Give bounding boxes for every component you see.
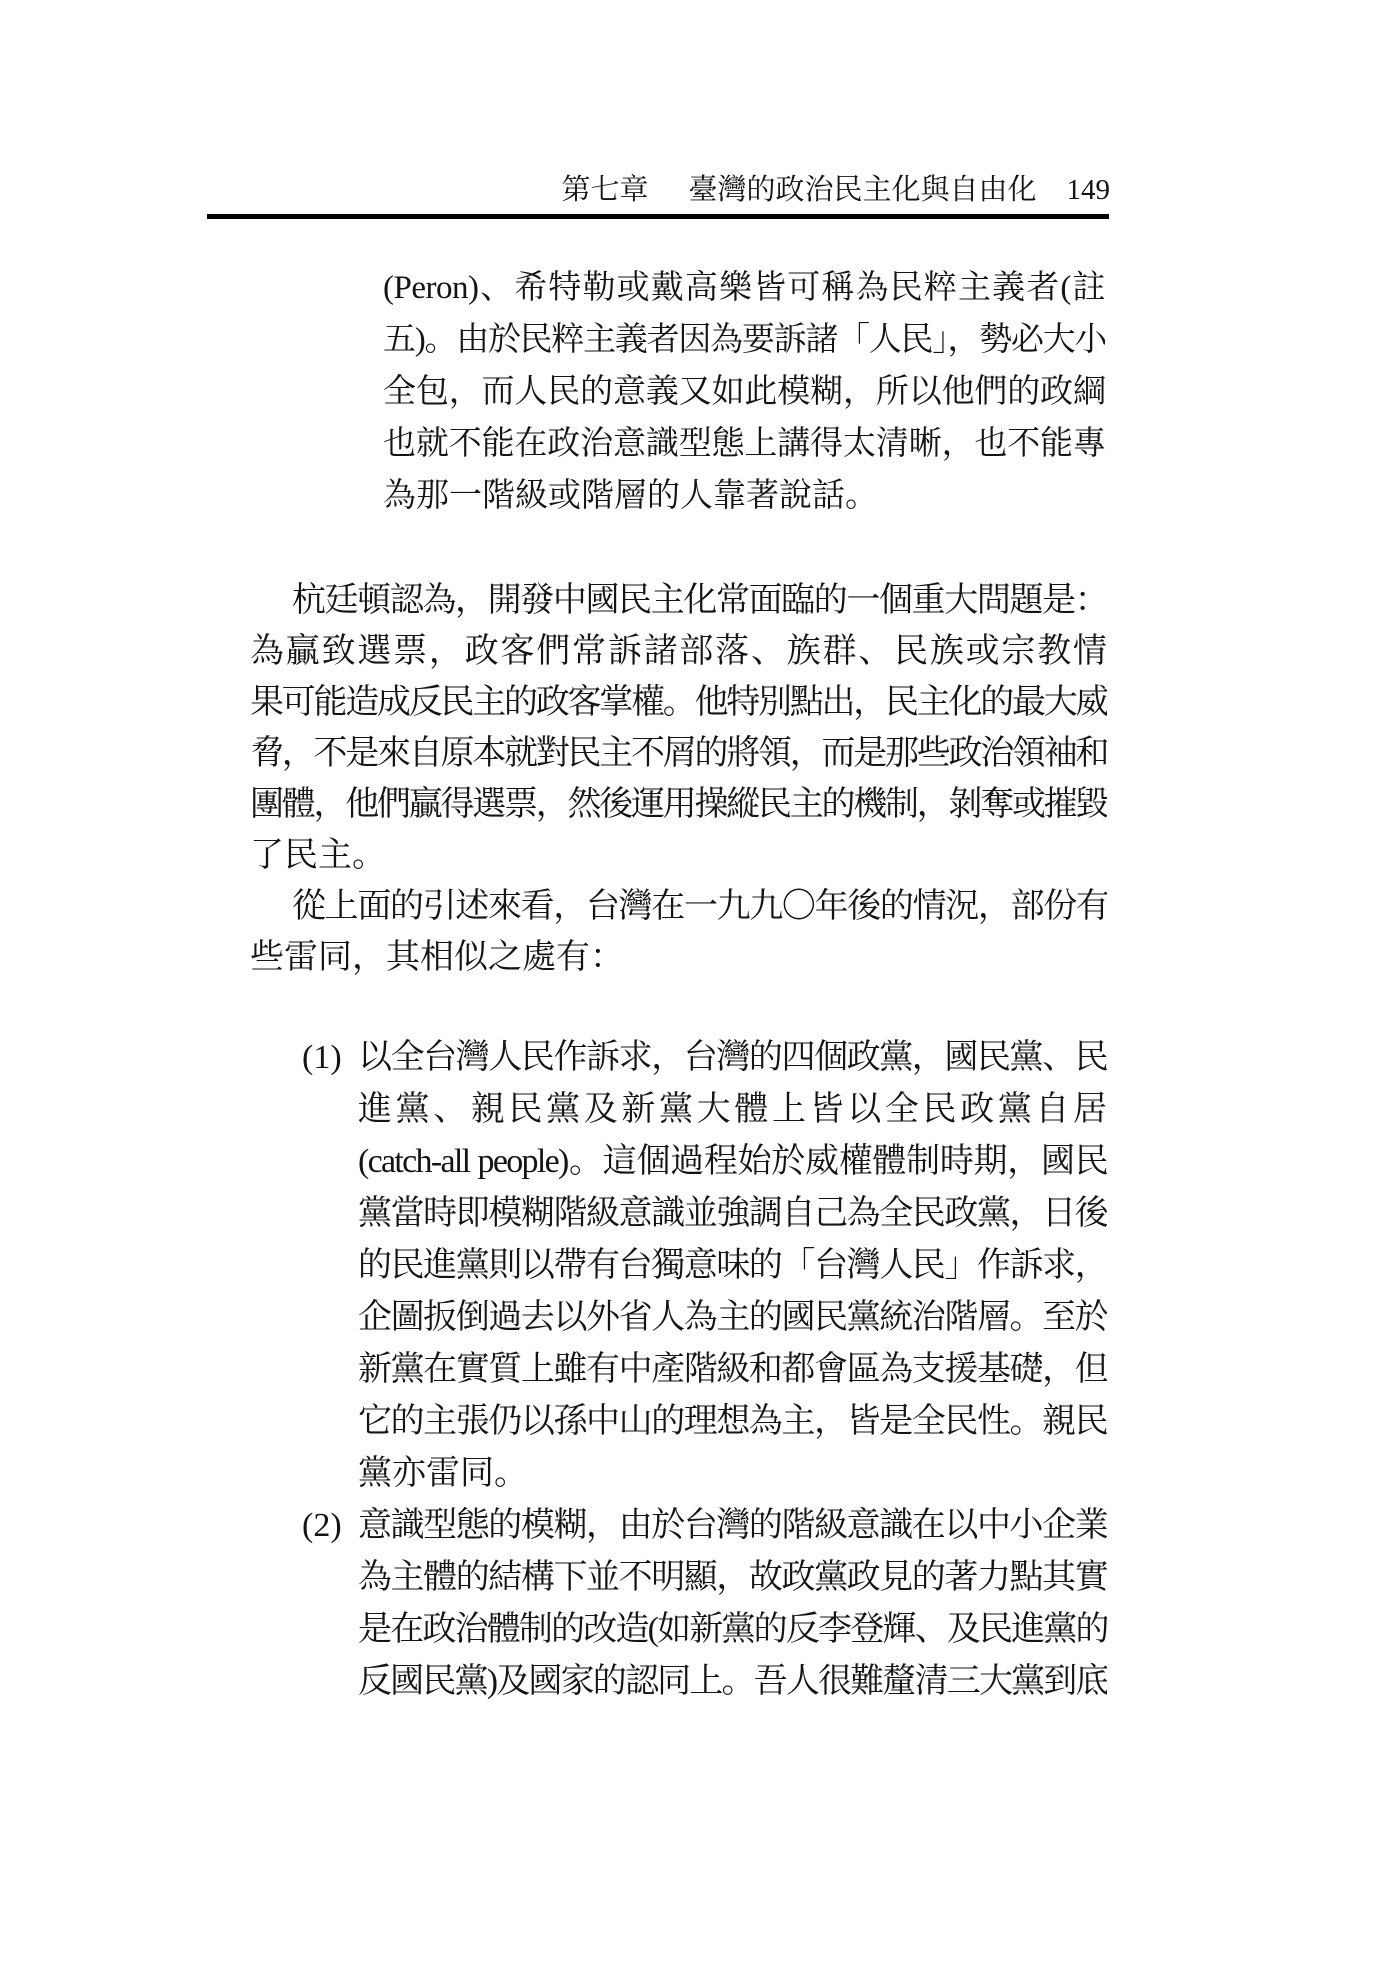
paragraph-line: 從上面的引述來看，台灣在一九九〇年後的情況，部份有	[250, 881, 1107, 932]
list-line: (catch-all people)。這個過程始於威權體制時期，國民	[358, 1136, 1107, 1188]
chapter-title: 臺灣的政治民主化與自由化	[688, 172, 1036, 208]
list-line: 黨亦雷同。	[358, 1448, 1107, 1500]
list-line: 黨當時即模糊階級意識並強調自己為全民政黨，日後	[358, 1188, 1107, 1240]
paragraph-line: 果可能造成反民主的政客掌權。他特別點出，民主化的最大威	[250, 677, 1107, 728]
chapter-label: 第七章	[561, 172, 648, 208]
list-line: 以全台灣人民作訴求，台灣的四個政黨，國民黨、民	[358, 1032, 1107, 1084]
quote-line: 也就不能在政治意識型態上講得太清晰，也不能專	[383, 418, 1105, 470]
list-line: 為主體的結構下並不明顯，故政黨政見的著力點其實	[358, 1552, 1107, 1604]
quote-line: 五)。由於民粹主義者因為要訴諸「人民」，勢必大小	[383, 314, 1105, 366]
list-marker: (1)	[302, 1032, 342, 1084]
quote-line: 為那一階級或階層的人靠著說話。	[383, 470, 1105, 522]
header-rule	[207, 214, 1109, 219]
list-item-1: (1) 以全台灣人民作訴求，台灣的四個政黨，國民黨、民 進黨、親民黨及新黨大體上…	[250, 1032, 1107, 1500]
paragraph-line: 脅，不是來自原本就對民主不屑的將領，而是那些政治領袖和	[250, 728, 1107, 779]
list-line: 是在政治體制的改造(如新黨的反李登輝、及民進黨的	[358, 1604, 1107, 1656]
list-marker: (2)	[302, 1500, 342, 1552]
list-line: 反國民黨)及國家的認同上。吾人很難釐清三大黨到底	[358, 1656, 1107, 1708]
block-quote: (Peron)、希特勒或戴高樂皆可稱為民粹主義者(註廿 五)。由於民粹主義者因為…	[383, 262, 1105, 522]
list-line: 它的主張仍以孫中山的理想為主，皆是全民性。親民	[358, 1396, 1107, 1448]
paragraph-line: 為贏致選票，政客們常訴諸部落、族群、民族或宗教情緒，結	[250, 626, 1107, 677]
list-line: 企圖扳倒過去以外省人為主的國民黨統治階層。至於	[358, 1292, 1107, 1344]
list-item-2: (2) 意識型態的模糊，由於台灣的階級意識在以中小企業 為主體的結構下並不明顯，…	[250, 1500, 1107, 1708]
quote-line: (Peron)、希特勒或戴高樂皆可稱為民粹主義者(註廿	[383, 262, 1105, 314]
paragraph-line: 些雷同，其相似之處有：	[250, 932, 1107, 983]
document-page: 第七章 臺灣的政治民主化與自由化 149 (Peron)、希特勒或戴高樂皆可稱為…	[0, 0, 1386, 1969]
list-line: 新黨在實質上雖有中產階級和都會區為支援基礎，但	[358, 1344, 1107, 1396]
list-line: 的民進黨則以帶有台獨意味的「台灣人民」作訴求，	[358, 1240, 1107, 1292]
body-text: 杭廷頓認為，開發中國民主化常面臨的一個重大問題是： 為贏致選票，政客們常訴諸部落…	[250, 575, 1107, 983]
page-header: 第七章 臺灣的政治民主化與自由化 149	[208, 172, 1110, 208]
page-number: 149	[1067, 172, 1111, 208]
paragraph-line: 了民主。	[250, 830, 1107, 881]
paragraph-line: 杭廷頓認為，開發中國民主化常面臨的一個重大問題是：	[250, 575, 1107, 626]
numbered-list: (1) 以全台灣人民作訴求，台灣的四個政黨，國民黨、民 進黨、親民黨及新黨大體上…	[250, 1032, 1107, 1708]
quote-line: 全包，而人民的意義又如此模糊，所以他們的政綱	[383, 366, 1105, 418]
list-line: 意識型態的模糊，由於台灣的階級意識在以中小企業	[358, 1500, 1107, 1552]
paragraph-line: 團體，他們贏得選票，然後運用操縱民主的機制，剝奪或摧毀	[250, 779, 1107, 830]
list-line: 進黨、親民黨及新黨大體上皆以全民政黨自居	[358, 1084, 1107, 1136]
